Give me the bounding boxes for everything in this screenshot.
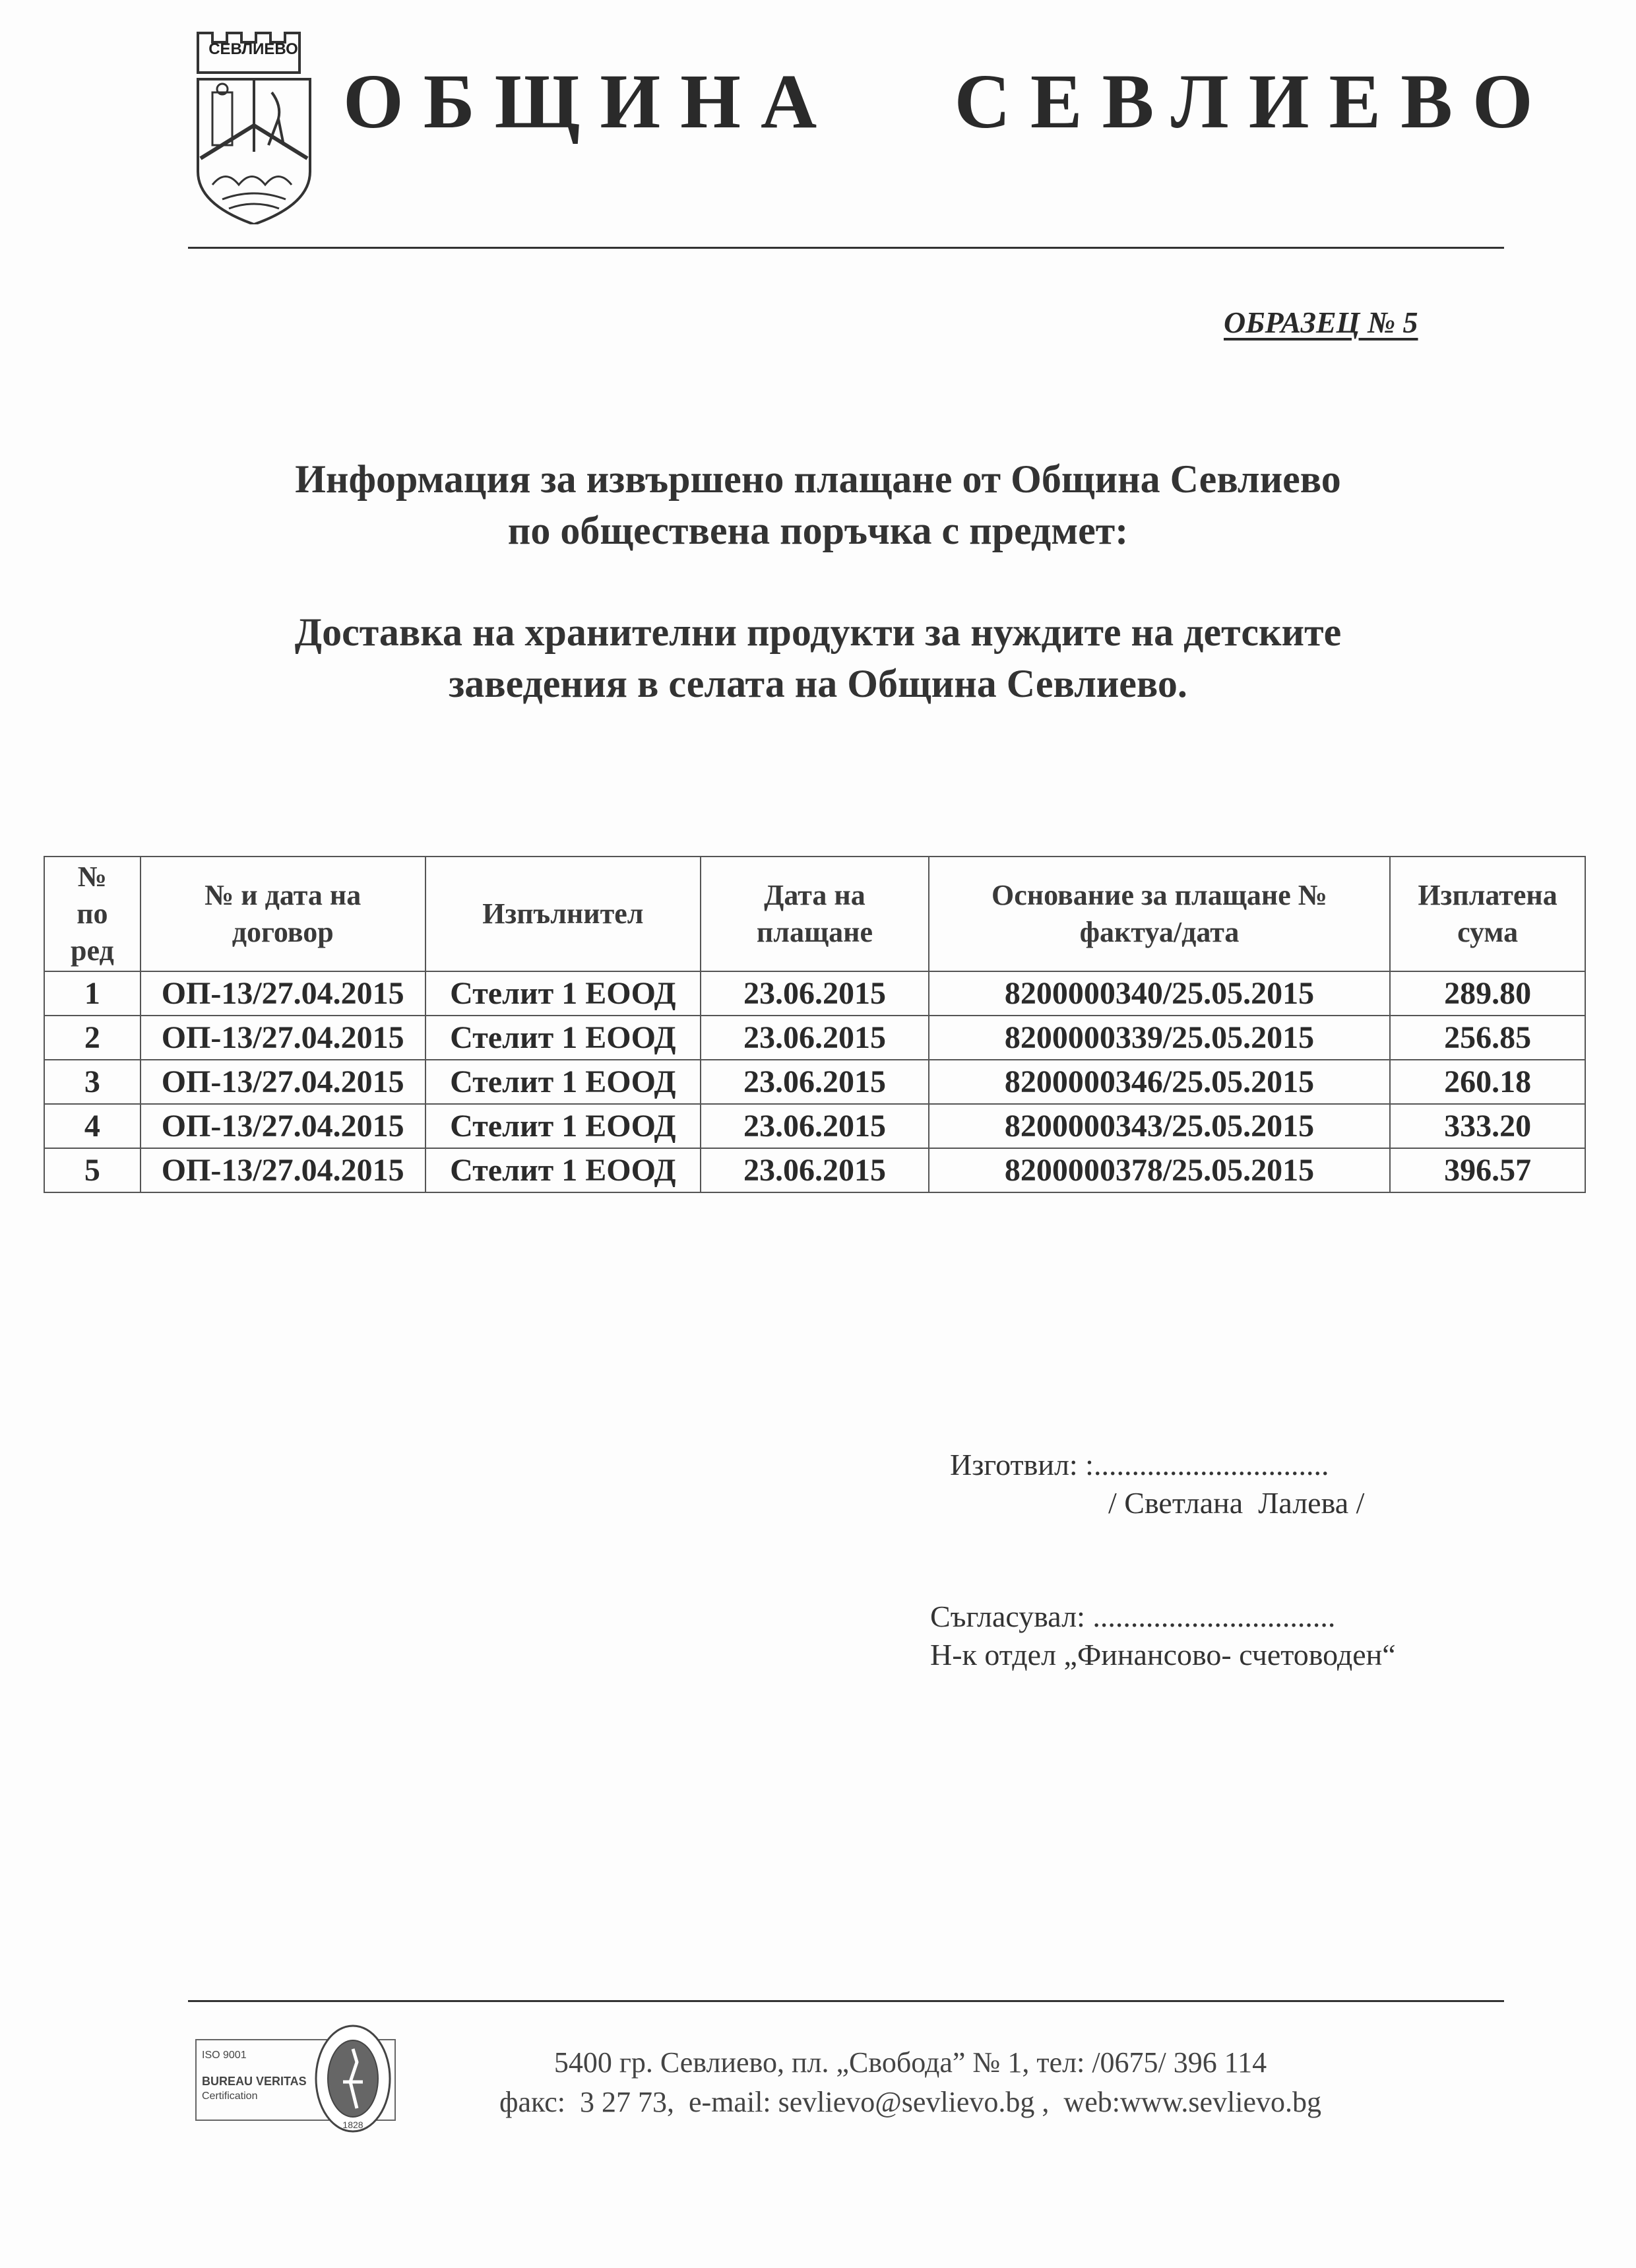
column-header-text: № и дата на bbox=[141, 877, 425, 914]
table-body: 1ОП-13/27.04.2015Стелит 1 ЕООД23.06.2015… bbox=[44, 971, 1585, 1192]
column-header-text: № bbox=[45, 859, 140, 895]
column-header-text: Изплатена bbox=[1391, 877, 1585, 914]
table-cell: Стелит 1 ЕООД bbox=[425, 1148, 701, 1192]
table-cell: 256.85 bbox=[1390, 1016, 1585, 1060]
table-cell: 8200000343/25.05.2015 bbox=[929, 1104, 1390, 1148]
prepared-by-label: Изготвил: :.............................… bbox=[950, 1446, 1329, 1483]
approved-by-role: Н-к отдел „Финансово- счетоводен“ bbox=[930, 1636, 1396, 1673]
table-cell: 8200000346/25.05.2015 bbox=[929, 1060, 1390, 1104]
table-cell: 1 bbox=[44, 971, 141, 1016]
table-cell: 3 bbox=[44, 1060, 141, 1104]
column-header: №поред bbox=[44, 857, 141, 971]
table-cell: ОП-13/27.04.2015 bbox=[141, 1060, 425, 1104]
document-title-line-1: Информация за извършено плащане от Общин… bbox=[0, 454, 1636, 504]
column-header-text: по bbox=[45, 895, 140, 932]
table-row: 2ОП-13/27.04.2015Стелит 1 ЕООД23.06.2015… bbox=[44, 1016, 1585, 1060]
table-cell: 2 bbox=[44, 1016, 141, 1060]
document-title-line-2: по обществена поръчка с предмет: bbox=[0, 505, 1636, 556]
column-header-text: Дата на bbox=[701, 877, 928, 914]
column-header: Изплатенасума bbox=[1390, 857, 1585, 971]
footer-contact: факс: 3 27 73, e-mail: sevlievo@sevlievo… bbox=[0, 2084, 1636, 2121]
table-row: 4ОП-13/27.04.2015Стелит 1 ЕООД23.06.2015… bbox=[44, 1104, 1585, 1148]
column-header-text: сума bbox=[1391, 914, 1585, 951]
column-header-text: фактуа/дата bbox=[929, 914, 1389, 951]
header-divider bbox=[188, 247, 1504, 249]
column-header-text: договор bbox=[141, 914, 425, 951]
column-header: Основание за плащане №фактуа/дата bbox=[929, 857, 1390, 971]
column-header-text: Основание за плащане № bbox=[929, 877, 1389, 914]
table-cell: ОП-13/27.04.2015 bbox=[141, 1104, 425, 1148]
table-cell: 260.18 bbox=[1390, 1060, 1585, 1104]
column-header: № и дата надоговор bbox=[141, 857, 425, 971]
footer-divider bbox=[188, 2000, 1504, 2002]
footer-address: 5400 гр. Севлиево, пл. „Свобода” № 1, те… bbox=[0, 2044, 1636, 2081]
table-cell: 23.06.2015 bbox=[701, 1148, 929, 1192]
table-row: 3ОП-13/27.04.2015Стелит 1 ЕООД23.06.2015… bbox=[44, 1060, 1585, 1104]
subject-line-1: Доставка на хранителни продукти за нужди… bbox=[0, 607, 1636, 657]
payments-table: №поред№ и дата надоговорИзпълнителДата н… bbox=[44, 856, 1586, 1193]
table-cell: 4 bbox=[44, 1104, 141, 1148]
table-cell: 8200000378/25.05.2015 bbox=[929, 1148, 1390, 1192]
seal-year: 1828 bbox=[342, 2120, 363, 2130]
column-header-text: ред bbox=[45, 932, 140, 969]
table-row: 1ОП-13/27.04.2015Стелит 1 ЕООД23.06.2015… bbox=[44, 971, 1585, 1016]
organization-name: ОБЩИНА СЕВЛИЕВО bbox=[343, 63, 1553, 141]
sample-label: ОБРАЗЕЦ № 5 bbox=[1224, 305, 1418, 340]
table-cell: Стелит 1 ЕООД bbox=[425, 1016, 701, 1060]
table-cell: 5 bbox=[44, 1148, 141, 1192]
table-cell: Стелит 1 ЕООД bbox=[425, 1104, 701, 1148]
table-row: 5ОП-13/27.04.2015Стелит 1 ЕООД23.06.2015… bbox=[44, 1148, 1585, 1192]
column-header: Дата наплащане bbox=[701, 857, 929, 971]
table-cell: 23.06.2015 bbox=[701, 1104, 929, 1148]
table-header-row: №поред№ и дата надоговорИзпълнителДата н… bbox=[44, 857, 1585, 971]
table-cell: 8200000339/25.05.2015 bbox=[929, 1016, 1390, 1060]
table-cell: Стелит 1 ЕООД bbox=[425, 1060, 701, 1104]
crest-label: СЕВЛИЕВО bbox=[198, 38, 309, 61]
column-header-text: Изпълнител bbox=[426, 895, 701, 932]
table-cell: 23.06.2015 bbox=[701, 971, 929, 1016]
prepared-by-name: / Светлана Лалева / bbox=[1108, 1485, 1364, 1522]
table-cell: 23.06.2015 bbox=[701, 1016, 929, 1060]
table-cell: 8200000340/25.05.2015 bbox=[929, 971, 1390, 1016]
column-header: Изпълнител bbox=[425, 857, 701, 971]
table-cell: ОП-13/27.04.2015 bbox=[141, 971, 425, 1016]
table-cell: 289.80 bbox=[1390, 971, 1585, 1016]
table-cell: ОП-13/27.04.2015 bbox=[141, 1148, 425, 1192]
column-header-text: плащане bbox=[701, 914, 928, 951]
table-cell: Стелит 1 ЕООД bbox=[425, 971, 701, 1016]
table-cell: ОП-13/27.04.2015 bbox=[141, 1016, 425, 1060]
table-cell: 23.06.2015 bbox=[701, 1060, 929, 1104]
approved-by-label: Съгласувал: ............................… bbox=[930, 1598, 1335, 1635]
table-cell: 333.20 bbox=[1390, 1104, 1585, 1148]
subject-line-2: заведения в селата на Община Севлиево. bbox=[0, 659, 1636, 709]
table-cell: 396.57 bbox=[1390, 1148, 1585, 1192]
